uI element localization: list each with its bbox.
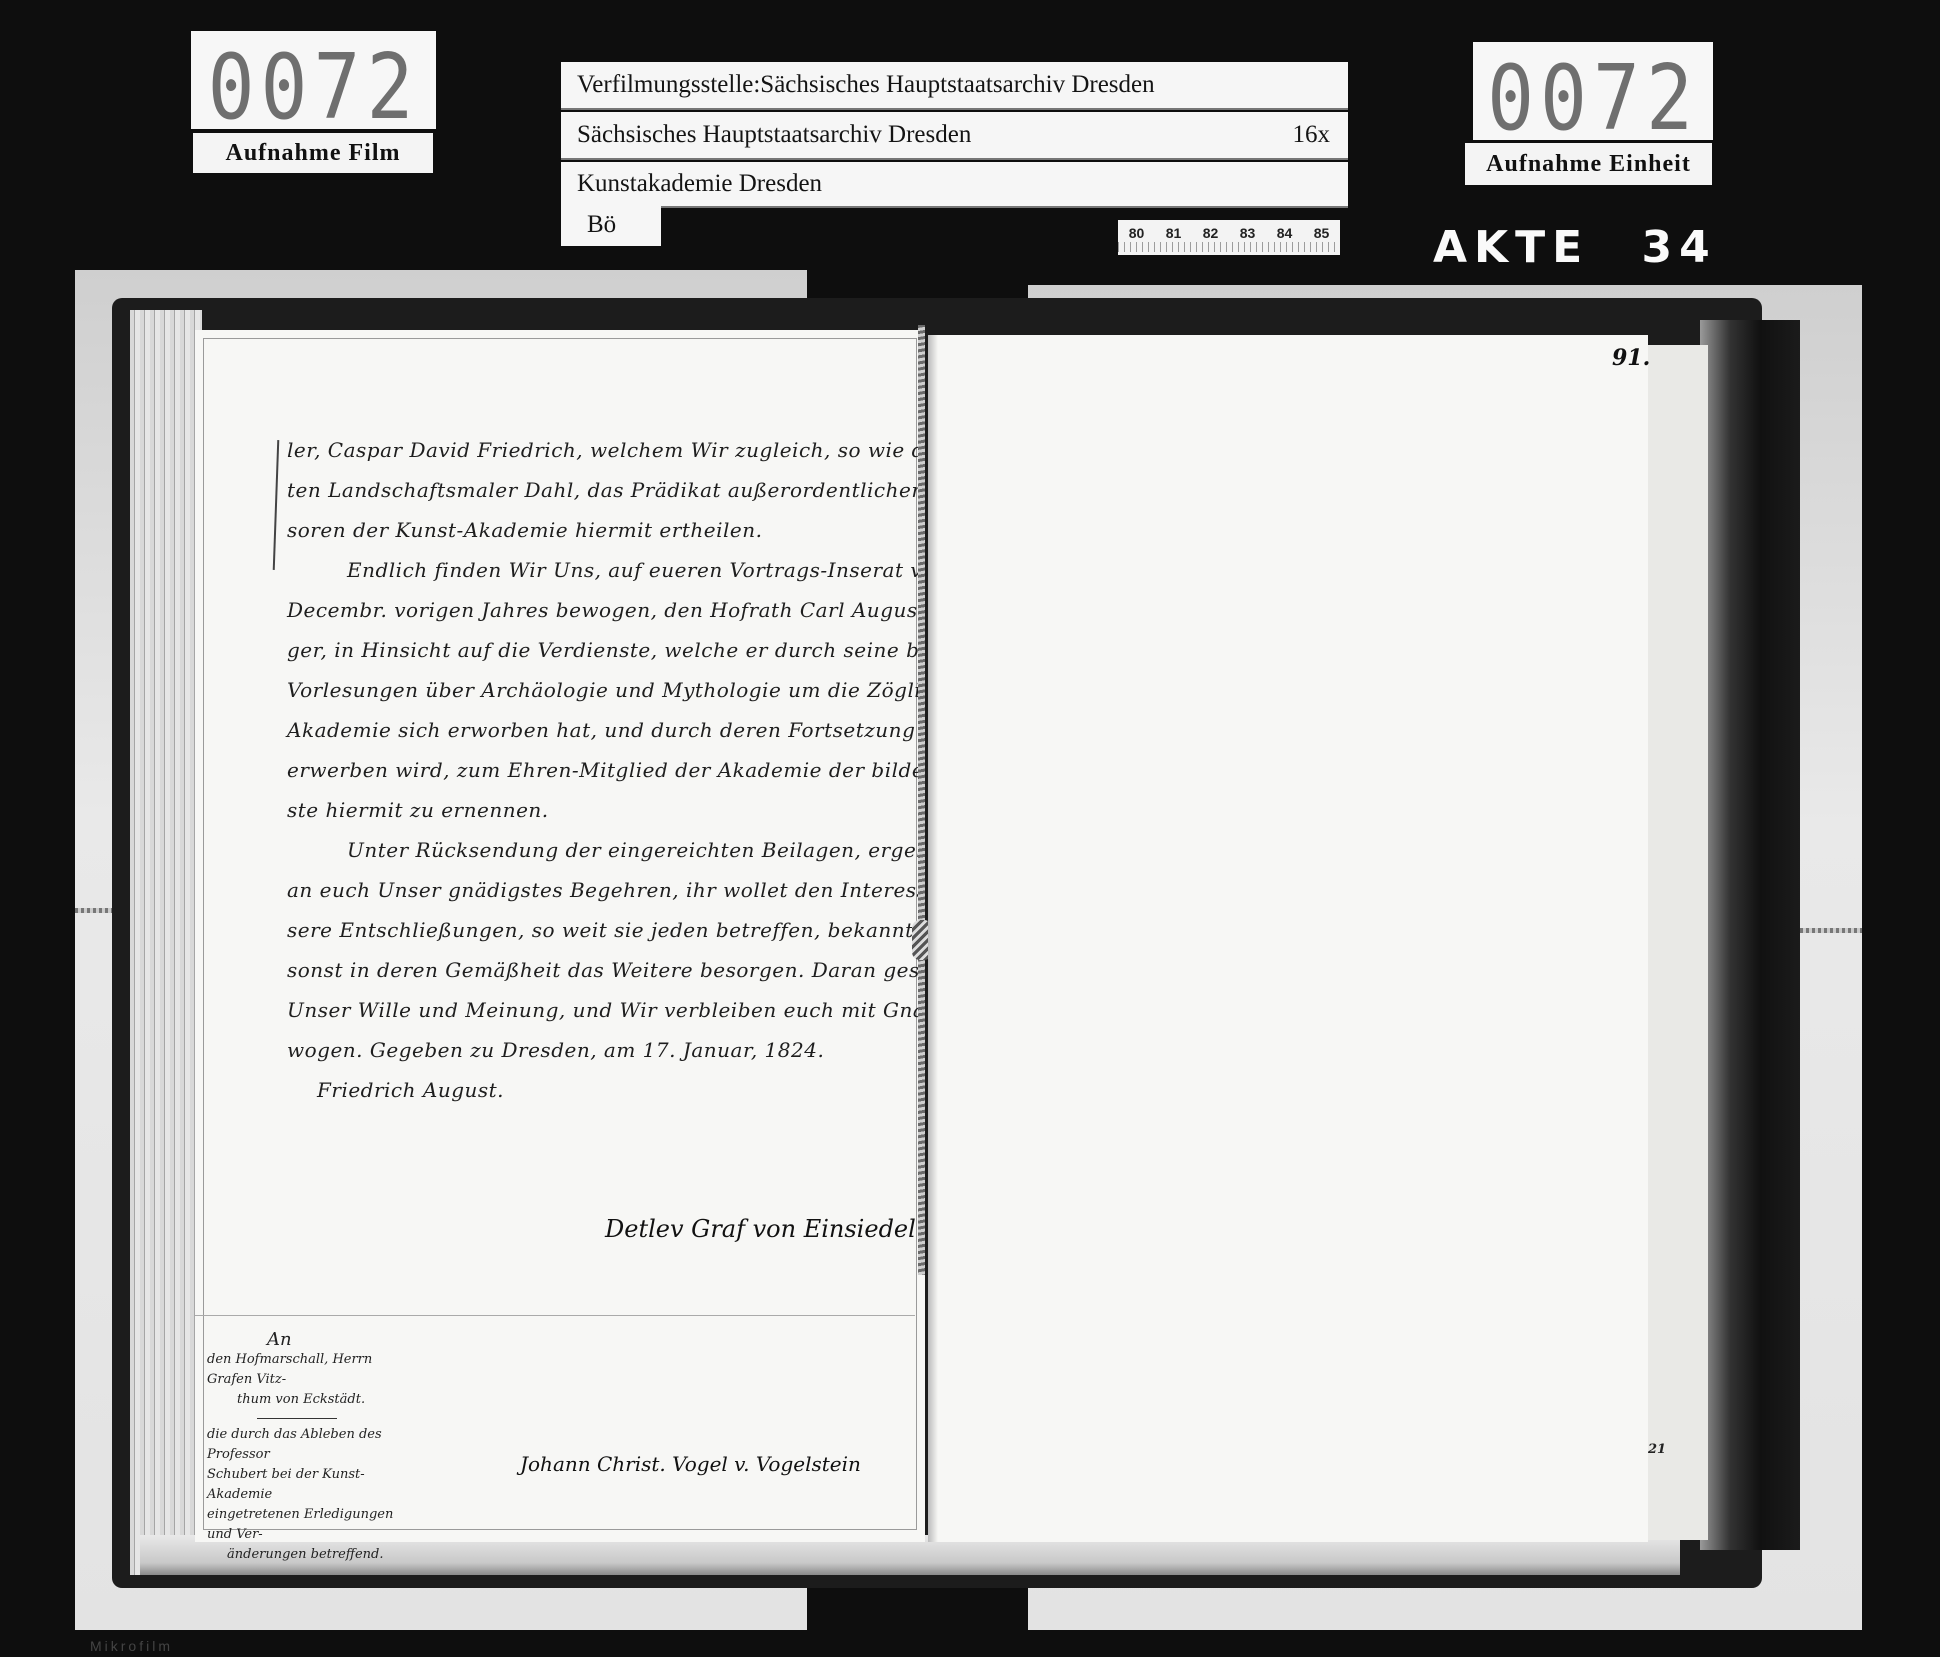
akte-word: AKTE xyxy=(1433,222,1589,273)
collection-text: Kunstakademie Dresden xyxy=(577,170,822,198)
header-strip-collection: Kunstakademie Dresden xyxy=(561,162,1348,208)
subject-line: die durch das Ableben des Professor xyxy=(207,1425,407,1465)
header-strip-operator: Bö xyxy=(561,204,661,246)
secretary-signature: Johann Christ. Vogel v. Vogelstein xyxy=(520,1452,861,1476)
filming-office-text: Verfilmungsstelle:Sächsisches Hauptstaat… xyxy=(577,71,1155,99)
ruler-tick-81: 81 xyxy=(1166,225,1182,241)
binding-cord xyxy=(918,325,925,1275)
ruler-tick-80: 80 xyxy=(1129,225,1145,241)
scale-ruler: 80 81 82 83 84 85 xyxy=(1118,220,1340,255)
operator-initials: Bö xyxy=(587,211,616,239)
countersignature: Detlev Graf von Einsiedel xyxy=(605,1215,916,1243)
unit-counter-card: 0072 xyxy=(1473,42,1713,140)
address-line: thum von Eckstädt. xyxy=(207,1390,407,1410)
ruler-tick-85: 85 xyxy=(1314,225,1330,241)
ruler-tick-marks xyxy=(1118,242,1340,252)
right-page xyxy=(928,335,1648,1542)
footer-rule xyxy=(195,1315,915,1316)
address-heading: An xyxy=(207,1330,407,1350)
left-page-edges xyxy=(130,310,202,1575)
subject-line: eingetretenen Erledigungen und Ver- xyxy=(207,1505,407,1545)
right-page-edge xyxy=(1648,345,1708,1540)
header-strip-archive: Sächsisches Hauptstaatsarchiv Dresden 16… xyxy=(561,112,1348,160)
film-counter-card: 0072 xyxy=(191,31,436,129)
address-block: An den Hofmarschall, Herrn Grafen Vitz- … xyxy=(207,1330,407,1565)
film-counter-digits: 0072 xyxy=(208,43,420,133)
folio-number: 91. xyxy=(1612,345,1650,371)
subject-line: Schubert bei der Kunst-Akademie xyxy=(207,1465,407,1505)
akte-number: 34 xyxy=(1642,222,1717,273)
left-page: ler, Caspar David Friedrich, welchem Wir… xyxy=(195,330,925,1542)
header-strip-filming-office: Verfilmungsstelle:Sächsisches Hauptstaat… xyxy=(561,62,1348,110)
bleed-through-mark: 21 xyxy=(1648,1440,1666,1460)
ruler-tick-84: 84 xyxy=(1277,225,1293,241)
ruler-tick-82: 82 xyxy=(1203,225,1219,241)
right-page-fold-shadow xyxy=(928,335,938,1542)
reduction-ratio: 16x xyxy=(1293,121,1331,149)
spine-fringe-right xyxy=(1700,320,1800,1550)
ruler-tick-83: 83 xyxy=(1240,225,1256,241)
unit-counter-label: Aufnahme Einheit xyxy=(1465,143,1712,185)
subject-line: änderungen betreffend. xyxy=(207,1545,407,1565)
archive-text: Sächsisches Hauptstaatsarchiv Dresden xyxy=(577,121,971,149)
address-divider xyxy=(257,1418,337,1419)
file-number-label: AKTE 34 xyxy=(1433,222,1717,273)
film-edge-text: Mikrofilm xyxy=(90,1638,173,1654)
address-line: den Hofmarschall, Herrn Grafen Vitz- xyxy=(207,1350,407,1390)
unit-counter-digits: 0072 xyxy=(1487,54,1699,144)
film-counter-label: Aufnahme Film xyxy=(193,133,433,173)
